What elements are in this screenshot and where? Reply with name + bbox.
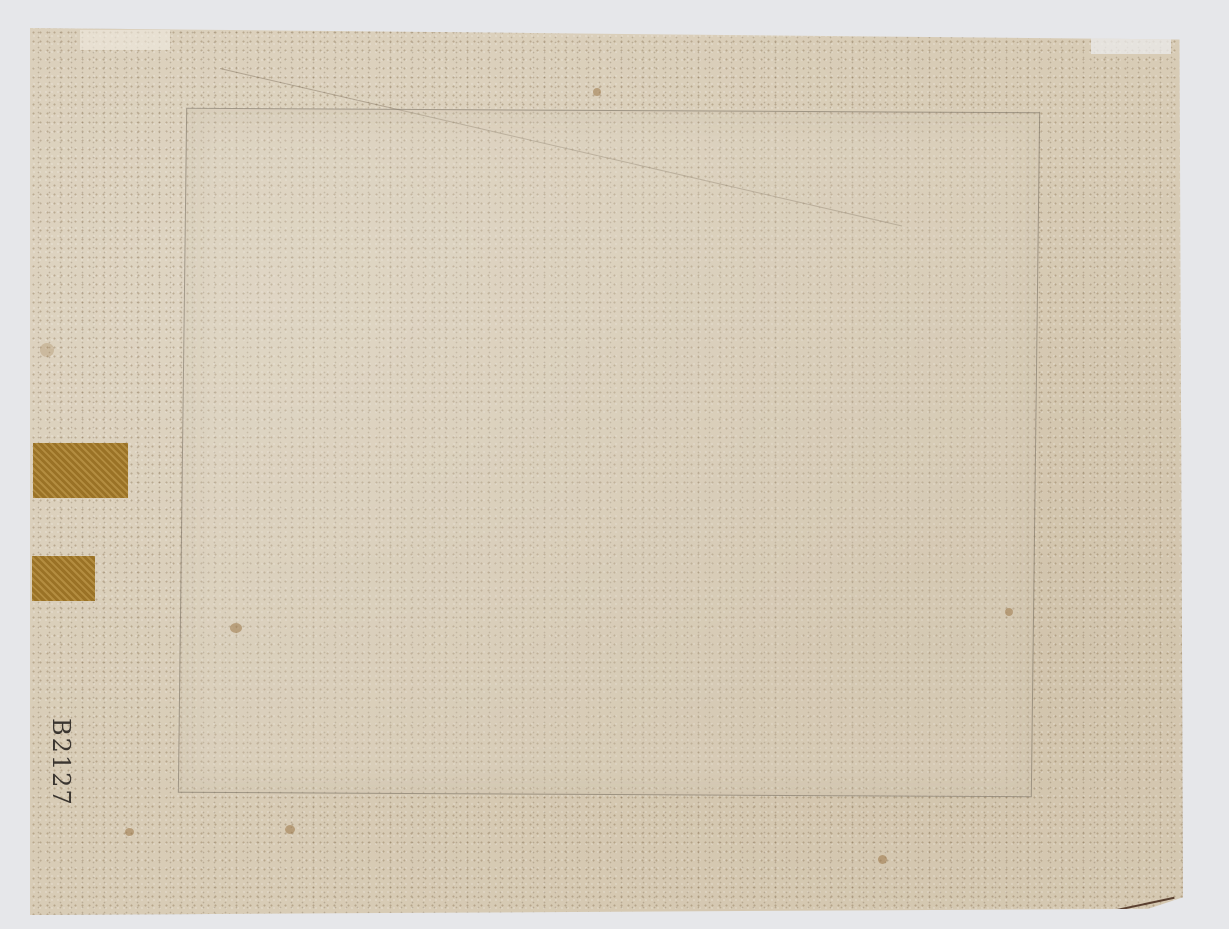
- gold-hinge-tape-upper: [33, 443, 128, 498]
- foxing-stain: [230, 623, 242, 633]
- paper-sheet: B2127: [30, 28, 1183, 915]
- foxing-stain: [285, 825, 295, 834]
- foxing-stain: [40, 343, 54, 357]
- foxing-stain: [1005, 608, 1013, 616]
- tape-residue-top-right: [1091, 36, 1171, 54]
- gold-hinge-tape-lower: [32, 556, 95, 601]
- tape-residue-top-left: [80, 30, 170, 50]
- foxing-stain: [878, 855, 887, 864]
- handwritten-inventory-number: B2127: [47, 718, 75, 807]
- foxing-stain: [125, 828, 134, 836]
- foxing-stain: [593, 88, 601, 96]
- plate-mark: [178, 108, 1040, 797]
